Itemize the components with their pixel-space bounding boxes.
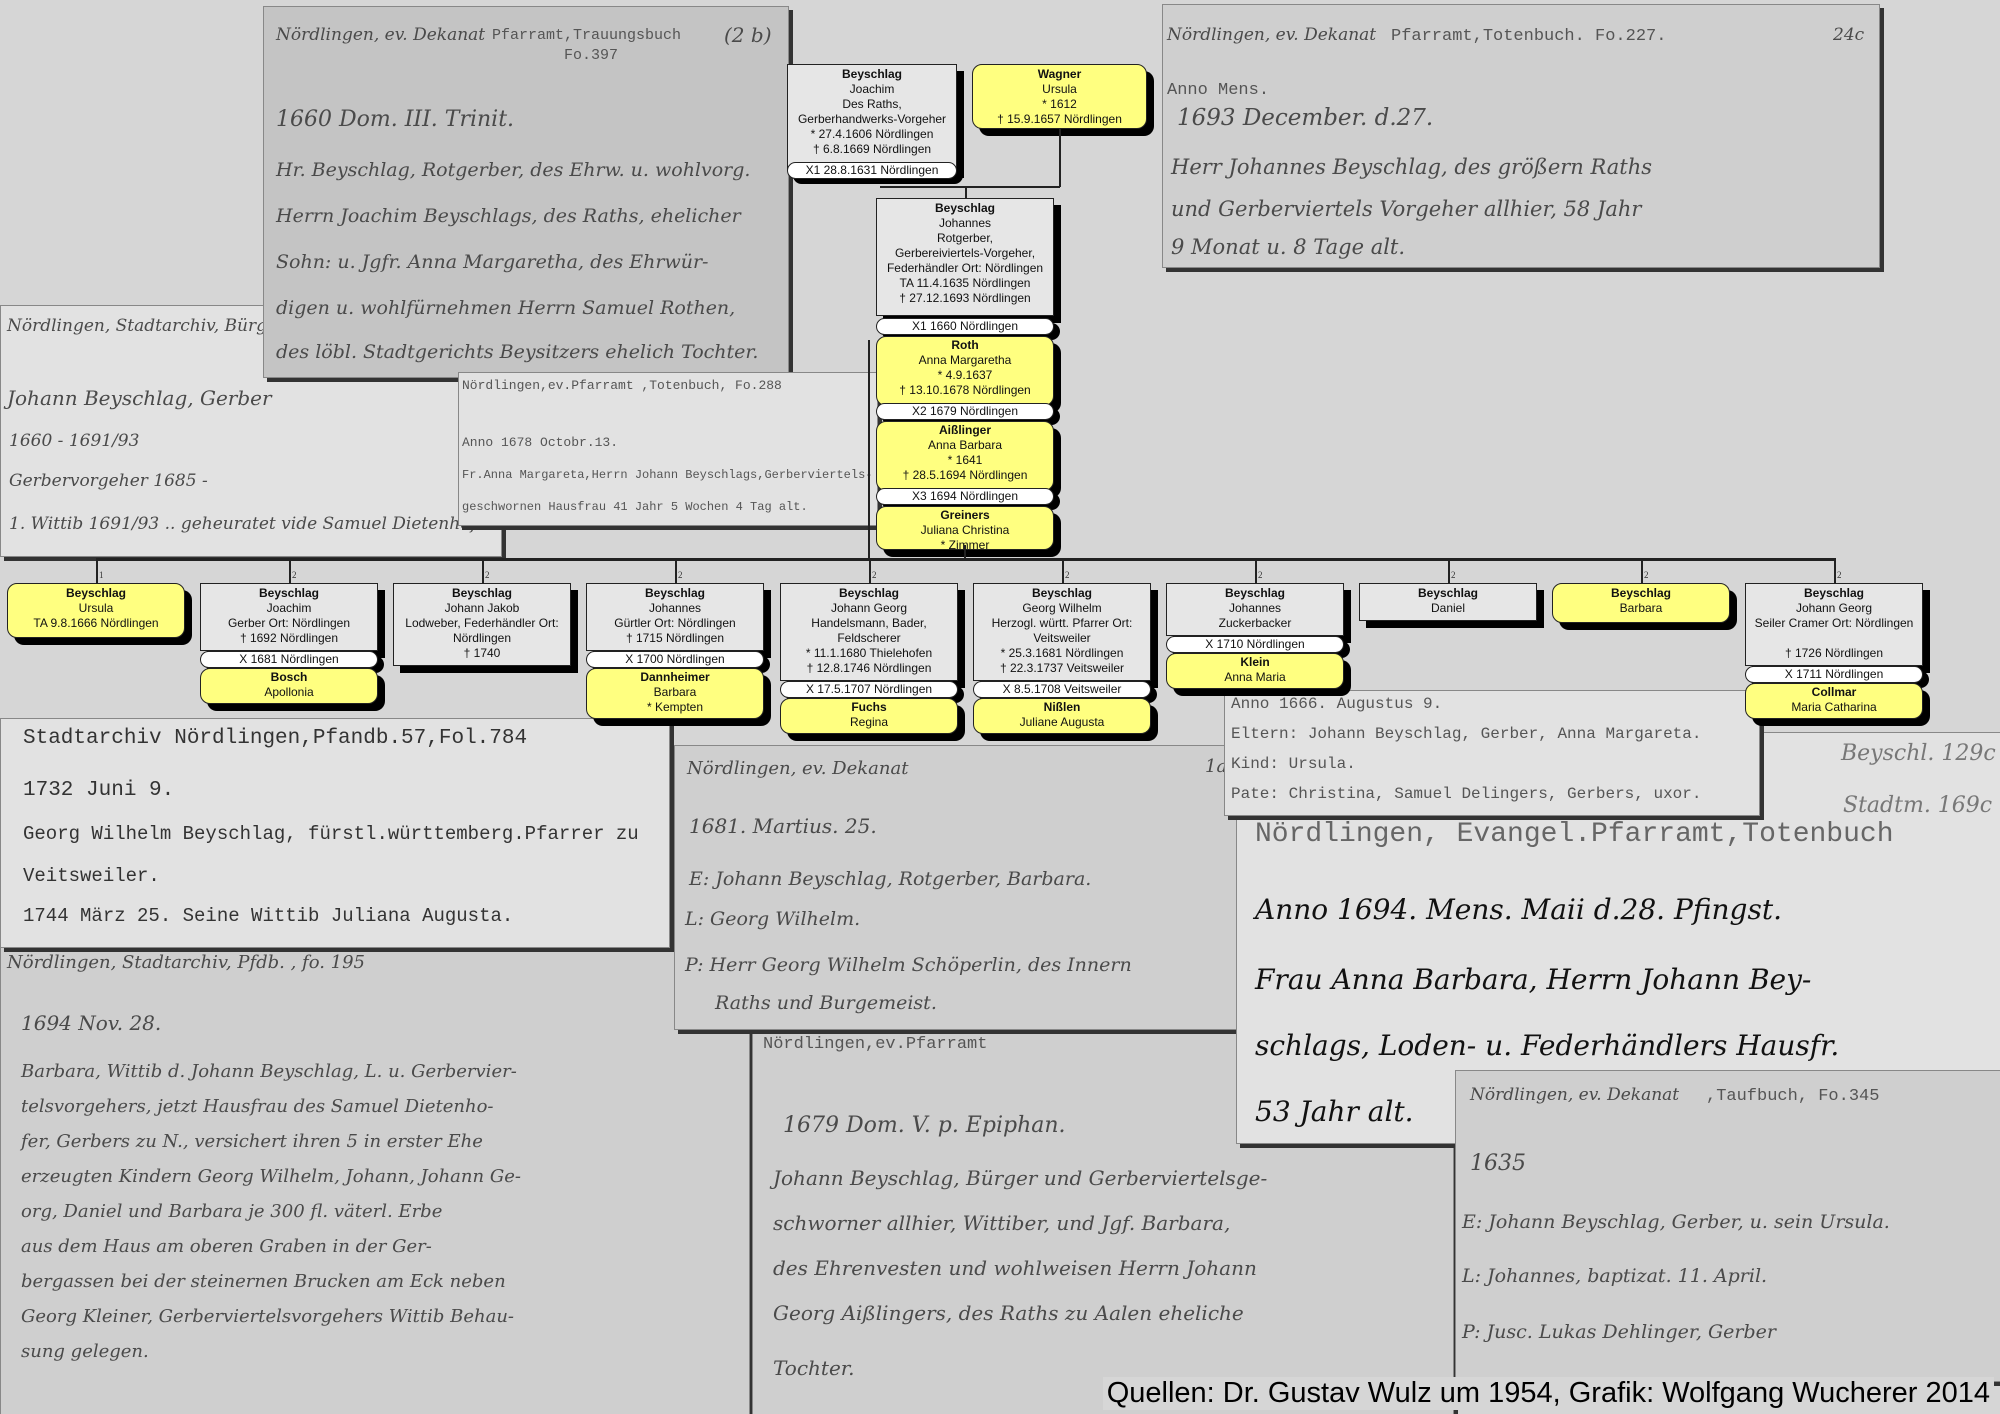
person-box-spouse[interactable]: RothAnna Margaretha* 4.9.1637† 13.10.167… <box>876 336 1054 406</box>
child-order-number: 2 <box>1837 570 1842 580</box>
given-name: Barbara <box>589 685 761 700</box>
given-name: Joachim <box>790 82 954 97</box>
doc-line: Sohn: u. Jgfr. Anna Margaretha, des Ehrw… <box>276 251 708 273</box>
doc-totenbuch-288: Nördlingen,ev.Pfarramt ,Totenbuch, Fo.28… <box>458 372 878 526</box>
person-box-child-spouse[interactable]: CollmarMaria Catharina <box>1745 683 1923 719</box>
marriage-label: X 1711 Nördlingen <box>1745 666 1923 683</box>
doc-header: Nördlingen, Evangel.Pfarramt,Totenbuch <box>1255 819 1894 850</box>
connector-line <box>1062 558 1064 586</box>
person-detail: Gürtler Ort: Nördlingen <box>589 616 761 631</box>
person-box-child[interactable]: BeyschlagJohannesGürtler Ort: Nördlingen… <box>586 583 764 651</box>
doc-line: bergassen bei der steinernen Brucken am … <box>21 1271 506 1292</box>
doc-line: P: Jusc. Lukas Dehlinger, Gerber <box>1462 1321 1776 1343</box>
surname: Beyschlag <box>10 586 182 601</box>
given-name: Johannes <box>589 601 761 616</box>
connector-line <box>1641 558 1643 586</box>
doc-header: Nördlingen,ev.Pfarramt <box>763 1035 987 1054</box>
doc-line: 1679 Dom. V. p. Epiphan. <box>783 1113 1066 1138</box>
doc-line: Veitsweiler. <box>23 865 160 887</box>
doc-line: des Ehrenvesten und wohlweisen Herrn Joh… <box>773 1256 1257 1280</box>
doc-line: Herrn Joachim Beyschlags, des Raths, ehe… <box>276 205 741 227</box>
child-order-number: 2 <box>1258 570 1263 580</box>
child-order-number: 2 <box>485 570 490 580</box>
given-name: Regina <box>783 715 955 730</box>
person-box-child-spouse[interactable]: BoschApollonia <box>200 668 378 704</box>
person-detail: Feldscherer <box>783 631 955 646</box>
credit-line: Quellen: Dr. Gustav Wulz um 1954, Grafik… <box>1103 1377 1994 1410</box>
person-detail <box>1748 631 1920 646</box>
connector-line <box>880 186 1060 188</box>
surname: Beyschlag <box>396 586 568 601</box>
doc-line: sung gelegen. <box>21 1341 149 1362</box>
person-detail: † 12.8.1746 Nördlingen <box>783 661 955 676</box>
doc-line: des löbl. Stadtgerichts Beysitzers eheli… <box>276 341 758 363</box>
person-detail: * 27.4.1606 Nördlingen <box>790 127 954 142</box>
given-name: Joachim <box>203 601 375 616</box>
surname: Dannheimer <box>589 670 761 685</box>
doc-header-typed: Pfarramt,Totenbuch. Fo.227. <box>1391 27 1666 46</box>
doc-stadtarchiv-195: Nördlingen, Stadtarchiv, Pfdb. , fo. 195… <box>0 945 750 1414</box>
person-box-child[interactable]: BeyschlagJohann GeorgSeiler Cramer Ort: … <box>1745 583 1923 666</box>
doc-line: Anno 1694. Mens. Maii d.28. Pfingst. <box>1255 893 1782 926</box>
marriage-label: X 1710 Nördlingen <box>1166 636 1344 653</box>
surname: Beyschlag <box>1748 586 1920 601</box>
doc-line: Anno 1666. Augustus 9. <box>1231 695 1442 713</box>
person-detail: Gerbereiviertels-Vorgeher, <box>879 246 1051 261</box>
given-name: Juliana Christina <box>879 523 1051 538</box>
person-detail: Seiler Cramer Ort: Nördlingen <box>1748 616 1920 631</box>
doc-trauungsbuch-1660: Nördlingen, ev. Dekanat Pfarramt,Trauung… <box>263 6 789 378</box>
doc-line: P: Herr Georg Wilhelm Schöperlin, des In… <box>685 954 1132 976</box>
connector-line <box>1834 558 1836 586</box>
surname: Beyschlag <box>589 586 761 601</box>
person-box-child[interactable]: BeyschlagJohann JakobLodweber, Federhänd… <box>393 583 571 666</box>
person-box-father[interactable]: BeyschlagJoachimDes Raths,Gerberhandwerk… <box>787 64 957 171</box>
given-name: Johann Georg <box>1748 601 1920 616</box>
doc-line: 1681. Martius. 25. <box>689 814 877 838</box>
person-detail: Lodweber, Federhändler Ort: <box>396 616 568 631</box>
person-detail: Gerber Ort: Nördlingen <box>203 616 375 631</box>
doc-line: 1660 Dom. III. Trinit. <box>276 107 514 132</box>
person-box-child[interactable]: BeyschlagJohann GeorgHandelsmann, Bader,… <box>780 583 958 681</box>
given-name: Anna Margaretha <box>879 353 1051 368</box>
marriage-label: X3 1694 Nördlingen <box>876 488 1054 505</box>
connector-line <box>965 186 967 198</box>
doc-line: E: Johann Beyschlag, Rotgerber, Barbara. <box>689 868 1091 890</box>
given-name: Juliane Augusta <box>976 715 1148 730</box>
doc-header-hand: Nördlingen, ev. Dekanat <box>1470 1085 1679 1105</box>
surname: Beyschlag <box>203 586 375 601</box>
person-detail: * 4.9.1637 <box>879 368 1051 383</box>
person-detail: † 1715 Nördlingen <box>589 631 761 646</box>
surname: Fuchs <box>783 700 955 715</box>
person-detail: Rotgerber, <box>879 231 1051 246</box>
child-order-number: 2 <box>1644 570 1649 580</box>
doc-line: 1693 December. d.27. <box>1177 105 1433 131</box>
marriage-label: X 1700 Nördlingen <box>586 651 764 668</box>
surname: Beyschlag <box>783 586 955 601</box>
marriage-label: X 8.5.1708 Veitsweiler <box>973 681 1151 698</box>
doc-line: 1732 Juni 9. <box>23 779 174 802</box>
doc-taufe-1666: Anno 1666. Augustus 9. Eltern: Johann Be… <box>1224 690 1760 816</box>
doc-line: L: Johannes, baptizat. 11. April. <box>1462 1265 1767 1287</box>
given-name: Ursula <box>10 601 182 616</box>
doc-line: digen u. wohlfürnehmen Herrn Samuel Roth… <box>276 297 735 319</box>
given-name: Maria Catharina <box>1748 700 1920 715</box>
connector-line <box>1255 558 1257 586</box>
surname: Aißlinger <box>879 423 1051 438</box>
person-detail: * 1641 <box>879 453 1051 468</box>
given-name: Apollonia <box>203 685 375 700</box>
person-box-child[interactable]: BeyschlagJoachimGerber Ort: Nördlingen† … <box>200 583 378 651</box>
person-detail: † 13.10.1678 Nördlingen <box>879 383 1051 398</box>
surname: Collmar <box>1748 685 1920 700</box>
surname: Beyschlag <box>1362 586 1534 601</box>
doc-line: Hr. Beyschlag, Rotgerber, des Ehrw. u. w… <box>276 159 750 181</box>
surname: Beyschlag <box>879 201 1051 216</box>
surname: Beyschlag <box>1169 586 1341 601</box>
doc-line: Gerbervorgeher 1685 - <box>9 471 208 491</box>
doc-note: Beyschl. 129c <box>1841 741 1996 766</box>
doc-taufbuch-345: Nördlingen, ev. Dekanat ,Taufbuch, Fo.34… <box>1455 1070 2000 1382</box>
doc-line: Johann Beyschlag, Gerber <box>7 386 272 410</box>
person-detail: * Kempten <box>589 700 761 715</box>
doc-line: Anno 1678 Octobr.13. <box>462 435 618 450</box>
person-box-subject[interactable]: BeyschlagJohannesRotgerber,Gerbereiviert… <box>876 198 1054 316</box>
marriage-label: X2 1679 Nördlingen <box>876 403 1054 420</box>
surname: Wagner <box>975 67 1144 82</box>
doc-line: Fr.Anna Margareta,Herrn Johann Beyschlag… <box>462 468 872 482</box>
doc-line: 1635 <box>1470 1151 1526 1176</box>
doc-line: fer, Gerbers zu N., versichert ihren 5 i… <box>21 1131 483 1152</box>
given-name: Johannes <box>879 216 1051 231</box>
doc-line: org, Daniel und Barbara je 300 fl. väter… <box>21 1201 442 1222</box>
doc-corner-note: (2 b) <box>724 23 772 47</box>
connector-line <box>869 558 871 586</box>
child-order-number: 2 <box>1451 570 1456 580</box>
person-detail: * 25.3.1681 Nördlingen <box>976 646 1148 661</box>
doc-line: 53 Jahr alt. <box>1255 1095 1414 1128</box>
person-detail: † 15.9.1657 Nördlingen <box>975 112 1144 127</box>
doc-line: geschwornen Hausfrau 41 Jahr 5 Wochen 4 … <box>462 500 808 514</box>
person-detail: Gerberhandwerks-Vorgeher <box>790 112 954 127</box>
doc-header-typed: Pfarramt,Trauungsbuch <box>492 27 681 44</box>
person-box-child[interactable]: BeyschlagBarbara <box>1552 583 1730 623</box>
person-detail: † 1692 Nördlingen <box>203 631 375 646</box>
surname: Klein <box>1169 655 1341 670</box>
doc-header: Stadtarchiv Nördlingen,Pfandb.57,Fol.784 <box>23 727 527 750</box>
person-box-child-spouse[interactable]: DannheimerBarbara* Kempten <box>586 668 764 719</box>
doc-header: Nördlingen, Stadtarchiv, Pfdb. , fo. 195 <box>7 952 365 973</box>
doc-line: Anno Mens. <box>1167 81 1269 100</box>
doc-header-typed: ,Taufbuch, Fo.345 <box>1706 1087 1879 1106</box>
person-detail: Zuckerbacker <box>1169 616 1341 631</box>
child-order-number: 2 <box>292 570 297 580</box>
doc-line: Frau Anna Barbara, Herrn Johann Bey- <box>1255 963 1811 996</box>
doc-note: Stadtm. 169c <box>1843 793 1992 818</box>
person-detail: * 11.1.1680 Thielehofen <box>783 646 955 661</box>
doc-header-hand: Nördlingen, ev. Dekanat <box>1167 25 1376 45</box>
person-box-mother[interactable]: WagnerUrsula* 1612† 15.9.1657 Nördlingen <box>972 64 1147 129</box>
doc-line: Georg Wilhelm Beyschlag, fürstl.württemb… <box>23 823 639 845</box>
doc-line: schworner allhier, Wittiber, und Jgf. Ba… <box>773 1211 1230 1235</box>
person-box-child[interactable]: BeyschlagJohannesZuckerbacker <box>1166 583 1344 636</box>
doc-line: 1744 März 25. Seine Wittib Juliana Augus… <box>23 905 513 927</box>
child-order-number: 2 <box>872 570 877 580</box>
connector-line <box>96 558 98 586</box>
connector-line <box>868 340 870 560</box>
doc-line: schlags, Loden- u. Federhändlers Hausfr. <box>1255 1029 1839 1062</box>
marriage-label: X 17.5.1707 Nördlingen <box>780 681 958 698</box>
given-name: Johann Georg <box>783 601 955 616</box>
doc-header: Nördlingen,ev.Pfarramt ,Totenbuch, Fo.28… <box>462 378 782 393</box>
surname: Nißlen <box>976 700 1148 715</box>
person-box-child[interactable]: BeyschlagUrsulaTA 9.8.1666 Nördlingen <box>7 583 185 638</box>
doc-line: Georg Kleiner, Gerberviertelsvorgehers W… <box>21 1306 514 1327</box>
person-detail: † 28.5.1694 Nördlingen <box>879 468 1051 483</box>
person-box-child-spouse[interactable]: KleinAnna Maria <box>1166 653 1344 689</box>
connector-line <box>1448 558 1450 586</box>
surname: Beyschlag <box>976 586 1148 601</box>
marriage-label: X1 1660 Nördlingen <box>876 318 1054 335</box>
given-name: Daniel <box>1362 601 1534 616</box>
person-box-child-spouse[interactable]: NißlenJuliane Augusta <box>973 698 1151 734</box>
person-detail: Veitsweiler <box>976 631 1148 646</box>
connector-line <box>96 558 1836 561</box>
person-box-child[interactable]: BeyschlagDaniel <box>1359 583 1537 621</box>
person-detail: TA 11.4.1635 Nördlingen <box>879 276 1051 291</box>
person-box-child[interactable]: BeyschlagGeorg WilhelmHerzogl. württ. Pf… <box>973 583 1151 681</box>
person-detail: TA 9.8.1666 Nördlingen <box>10 616 182 631</box>
person-detail: † 27.12.1693 Nördlingen <box>879 291 1051 306</box>
doc-line: Herr Johannes Beyschlag, des größern Rat… <box>1171 155 1652 179</box>
given-name: Barbara <box>1555 601 1727 616</box>
child-order-number: 1 <box>99 570 104 580</box>
doc-line: E: Johann Beyschlag, Gerber, u. sein Urs… <box>1462 1211 1890 1233</box>
person-detail: * 1612 <box>975 97 1144 112</box>
marriage-label: X 1681 Nördlingen <box>200 651 378 668</box>
person-box-spouse[interactable]: AißlingerAnna Barbara* 1641† 28.5.1694 N… <box>876 421 1054 491</box>
surname: Bosch <box>203 670 375 685</box>
connector-line <box>675 558 677 586</box>
surname: Beyschlag <box>1555 586 1727 601</box>
doc-line: L: Georg Wilhelm. <box>685 908 860 930</box>
connector-line <box>1059 129 1061 187</box>
doc-totenbuch-227: Nördlingen, ev. Dekanat Pfarramt,Totenbu… <box>1162 4 1880 268</box>
given-name: Johann Jakob <box>396 601 568 616</box>
person-detail: Herzogl. württ. Pfarrer Ort: <box>976 616 1148 631</box>
doc-line: 1. Wittib 1691/93 .. geheuratet vide Sam… <box>9 514 495 534</box>
person-detail: Des Raths, <box>790 97 954 112</box>
doc-header: Nördlingen, ev. Dekanat <box>687 758 908 779</box>
doc-corner-note: 24c <box>1833 25 1864 45</box>
connector-line <box>482 558 484 586</box>
person-detail: Federhändler Ort: Nördlingen <box>879 261 1051 276</box>
given-name: Ursula <box>975 82 1144 97</box>
doc-line: Kind: Ursula. <box>1231 755 1356 773</box>
person-detail: † 1726 Nördlingen <box>1748 646 1920 661</box>
child-order-number: 2 <box>678 570 683 580</box>
doc-line: telsvorgehers, jetzt Hausfrau des Samuel… <box>21 1096 494 1117</box>
doc-line: aus dem Haus am oberen Graben in der Ger… <box>21 1236 432 1257</box>
person-detail: † 1740 <box>396 646 568 661</box>
doc-line: 1694 Nov. 28. <box>21 1011 161 1035</box>
person-detail: Handelsmann, Bader, <box>783 616 955 631</box>
surname: Roth <box>879 338 1051 353</box>
person-box-spouse[interactable]: GreinersJuliana Christina* Zimmer <box>876 506 1054 550</box>
doc-pfandbuch-784: Stadtarchiv Nördlingen,Pfandb.57,Fol.784… <box>0 718 670 948</box>
person-detail: † 22.3.1737 Veitsweiler <box>976 661 1148 676</box>
doc-line: Raths und Burgemeist. <box>715 992 937 1014</box>
doc-line: Barbara, Wittib d. Johann Beyschlag, L. … <box>21 1061 517 1082</box>
given-name: Anna Maria <box>1169 670 1341 685</box>
doc-line: 1660 - 1691/93 <box>9 431 139 451</box>
given-name: Georg Wilhelm <box>976 601 1148 616</box>
doc-line: und Gerberviertels Vorgeher allhier, 58 … <box>1171 197 1641 221</box>
doc-line: Georg Aißlingers, des Raths zu Aalen ehe… <box>773 1301 1244 1325</box>
surname: Greiners <box>879 508 1051 523</box>
given-name: Johannes <box>1169 601 1341 616</box>
person-box-child-spouse[interactable]: FuchsRegina <box>780 698 958 734</box>
person-detail: † 6.8.1669 Nördlingen <box>790 142 954 157</box>
marriage-label: X1 28.8.1631 Nördlingen <box>787 162 957 179</box>
doc-line: erzeugten Kindern Georg Wilhelm, Johann,… <box>21 1166 521 1187</box>
doc-line: Pate: Christina, Samuel Delingers, Gerbe… <box>1231 785 1701 803</box>
doc-taufe-1681: Nördlingen, ev. Dekanat 1a 1681. Martius… <box>674 745 1240 1030</box>
doc-line: 9 Monat u. 8 Tage alt. <box>1171 235 1405 259</box>
doc-header-hand: Nördlingen, ev. Dekanat <box>276 25 485 45</box>
given-name: Anna Barbara <box>879 438 1051 453</box>
person-detail: Nördlingen <box>396 631 568 646</box>
surname: Beyschlag <box>790 67 954 82</box>
child-order-number: 2 <box>1065 570 1070 580</box>
connector-line <box>964 545 966 560</box>
doc-line: Eltern: Johann Beyschlag, Gerber, Anna M… <box>1231 725 1701 743</box>
doc-line: Tochter. <box>773 1356 855 1380</box>
connector-line <box>289 558 291 586</box>
doc-line: Johann Beyschlag, Bürger und Gerberviert… <box>773 1166 1267 1190</box>
doc-folio: Fo.397 <box>564 47 618 64</box>
